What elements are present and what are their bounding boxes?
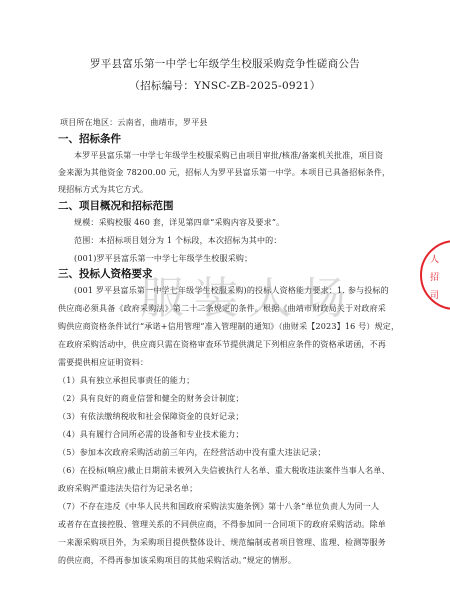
document-page: 罗平县富乐第一中学七年级学生校服采购竞争性磋商公告 （招标编号：YNSC-ZB-… — [0, 0, 450, 600]
section-3-line: （3）有依法缴纳税收和社会保障资金的良好记录； — [58, 411, 244, 422]
section-1-line: 金来源为其他资金 78200.00 元，招标人为罗平县富乐第一中学。本项目已具备… — [58, 167, 390, 178]
section-heading-3: 三、投标人资格要求 — [58, 266, 153, 281]
seal-char: 人 — [430, 252, 439, 265]
seal-char: 招 — [430, 270, 439, 283]
section-3-line: （6）在投标(响应)截止日期前未被列入失信被执行人名单、重大税收违法案件当事人名… — [58, 465, 390, 476]
section-3-line: （5）参加本次政府采购活动前三年内，在经营活动中没有重大违法记录； — [58, 447, 326, 458]
section-3-line: (001 罗平县富乐第一中学七年级学生校服采购)的投标人资格能力要求：1. 参与… — [74, 285, 389, 296]
section-3-line: 一来源采购项目外，为采购项目提供整体设计、规范编制或者项目管理、监理、检测等服务 — [58, 537, 386, 548]
section-1-line: 现招标方式为其它方式。 — [58, 184, 148, 195]
project-region: 项目所在地区：云南省，曲靖市，罗平县 — [60, 117, 208, 128]
section-3-line: 供应商必须具备《政府采购法》第二十二条规定的条件。根据《曲靖市财政局关于对政府采 — [58, 303, 386, 314]
section-3-line: 的供应商，不得再参加该采购项目的其他采购活动。”规定的情形。 — [58, 555, 296, 566]
document-title: 罗平县富乐第一中学七年级学生校服采购竞争性磋商公告 — [0, 56, 450, 71]
seal-char: 司 — [430, 288, 439, 301]
section-2-line: (001)罗平县富乐第一中学七年级学生校服采购； — [74, 253, 252, 264]
section-3-line: （1）具有独立承担民事责任的能力； — [58, 375, 195, 386]
section-3-line: 需要提供相应证明资料： — [58, 357, 148, 368]
section-3-line: （2）具有良好的商业信誉和健全的财务会计制度； — [58, 393, 244, 404]
tender-number: （招标编号：YNSC-ZB-2025-0921） — [0, 78, 450, 93]
section-1-line: 本罗平县富乐第一中学七年级学生校服采购已由项目审批/核准/备案机关批准，项目资 — [74, 150, 383, 161]
section-heading-1: 一、招标条件 — [58, 131, 121, 146]
section-heading-2: 二、项目概况和招标范围 — [58, 198, 174, 213]
section-3-line: 政府采购严重违法失信行为记录名单； — [58, 483, 197, 494]
official-seal: 人 招 司 — [420, 240, 450, 310]
section-3-line: 或者存在直接控股、管理关系的不同供应商，不得参加同一合同项下的政府采购活动。除单 — [58, 519, 386, 530]
section-3-line: 购供应商资格条件试行“承诺+信用管理”准入管理制的通知》（曲财采【2023】16… — [58, 321, 399, 332]
section-3-line: （4）具有履行合同所必需的设备和专业技术能力； — [58, 429, 244, 440]
section-3-line: （7）不存在违反《中华人民共和国政府采购法实施条例》第十八条“单位负责人为同一人 — [58, 501, 379, 512]
section-2-line: 规模：采购校服 460 套，详见第四章“采购内容及要求”。 — [74, 217, 284, 228]
section-2-line: 范围：本招标项目划分为 1 个标段，本次招标为其中的： — [74, 235, 282, 246]
section-3-line: 在政府采购活动中，供应商只需在资格审查环节提供满足下列相应条件的资格承诺函，不再 — [58, 339, 386, 350]
